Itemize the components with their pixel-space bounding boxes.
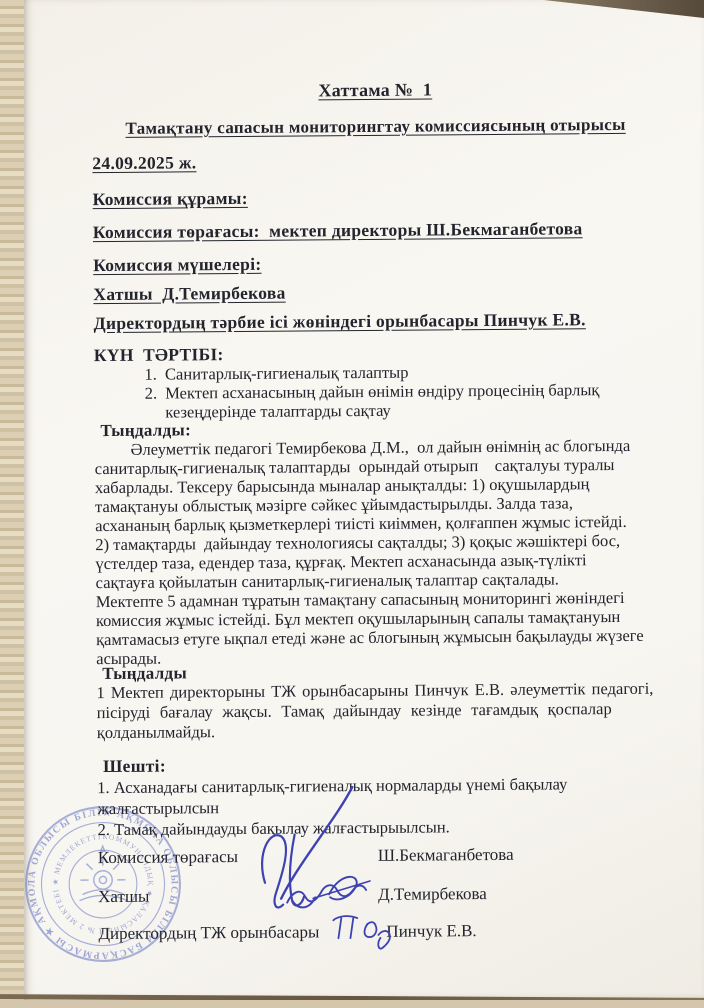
signature-role: Комиссия төрағасы: [98, 847, 238, 867]
decided-line: 2. Тамақ дайындауды бақылау жалғастырыыл…: [97, 815, 669, 840]
signature-name: Ш.Бекмаганбетова: [378, 845, 514, 866]
commission-deputy-line: Директордың тәрбие ісі жөніндегі орынбас…: [94, 309, 586, 334]
commission-composition-label: Комиссия құрамы:: [93, 188, 248, 210]
signature-role: Хатшы: [98, 887, 149, 906]
agenda-list: Санитарлық-гигиеналық талаптыр Мектеп ас…: [137, 361, 621, 422]
agenda-heading: КҮН ТӘРТІБІ:: [94, 344, 224, 366]
secretary-signature-ink: [283, 866, 373, 913]
signature-name: Д.Темирбекова: [378, 884, 487, 905]
decided-list: 1. Асханадағы санитарлық-гигиеналық норм…: [97, 773, 669, 840]
agenda-item: Мектеп асханасының дайын өнімін өндіру п…: [161, 380, 621, 422]
heard2-paragraph: 1 Мектеп директорыны ТЖ орынбасарыны Пин…: [96, 679, 668, 743]
heard1-heading: Тыңдалды:: [100, 420, 191, 441]
signature-role: Директордың ТЖ орынбасары: [98, 922, 319, 943]
commission-secretary-line: Хатшы Д.Темирбекова: [93, 283, 285, 306]
deputy-signature-ink: [326, 908, 400, 951]
decided-heading: Шешті:: [103, 756, 166, 777]
document-content: ★ АҚМОЛА ОБЛЫСЫ БІЛІМ БАСҚАРМАСЫ ★ АҚМОЛ…: [20, 0, 704, 1008]
commission-chair-line: Комиссия төрағасы: мектеп директоры Ш.Бе…: [93, 218, 583, 243]
page-subtitle: Тамақтану сапасын мониторингтау комиссия…: [92, 115, 659, 139]
signature-row-chairman: Комиссия төрағасы Ш.Бекмаганбетова: [98, 844, 678, 869]
paragraph-line: қолданылмайды.: [97, 719, 669, 743]
heard1-paragraph: Әлеуметтік педагогі Темирбекова Д.М., ол…: [95, 436, 669, 668]
commission-members-label: Комиссия мүшелері:: [93, 254, 261, 276]
date-line: 24.09.2025 ж.: [92, 152, 196, 174]
signature-row-secretary: Хатшы Д.Темирбекова: [98, 883, 678, 908]
page-title: Хаттама № 1: [92, 78, 659, 103]
heard2-heading: Тыңдалды: [102, 663, 187, 684]
